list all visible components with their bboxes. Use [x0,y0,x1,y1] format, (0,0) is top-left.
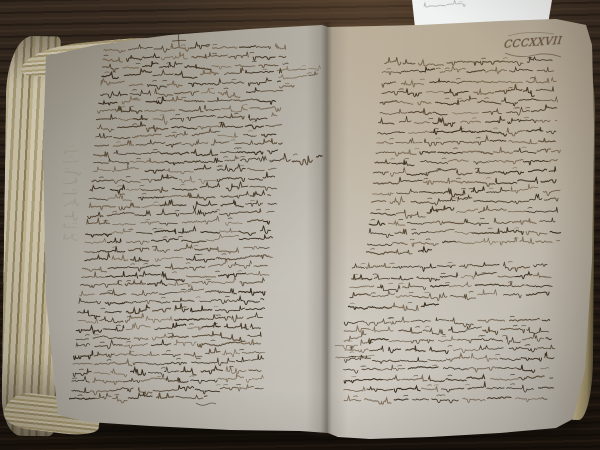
manuscript-photo-scene: CCCXXVII [0,0,600,450]
gutter-shadow [306,22,348,436]
